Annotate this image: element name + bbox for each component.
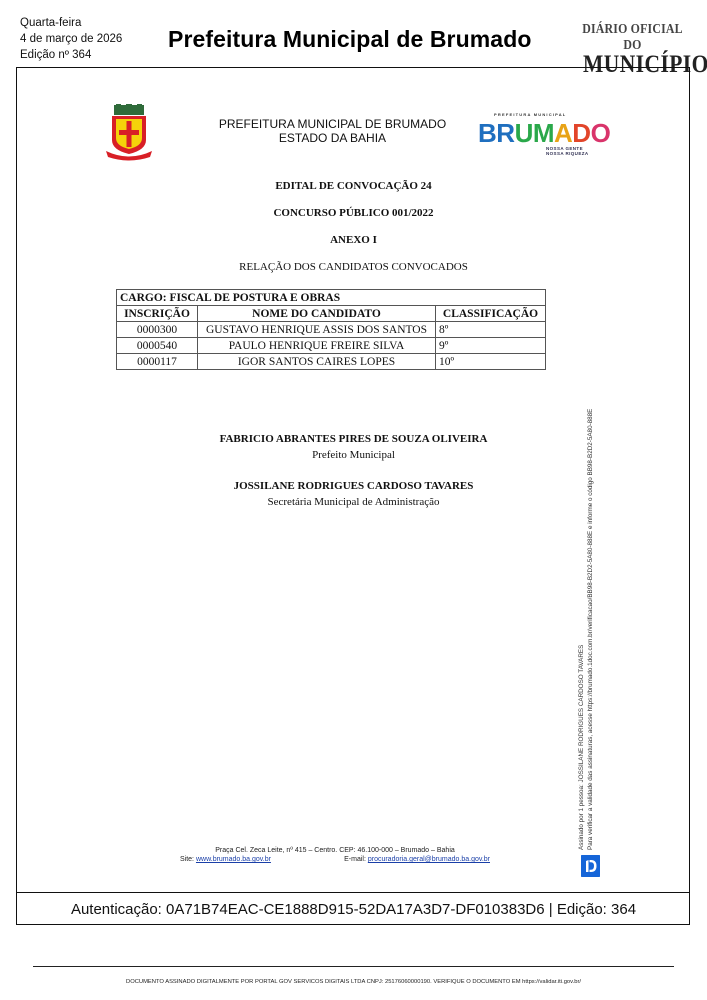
inscricao-cell: 0000117 [117,354,198,370]
signatory-role: Secretária Municipal de Administração [0,496,707,508]
brumado-logo-letter: D [572,118,590,148]
classificacao-cell: 9º [436,338,546,354]
signatory-name: FABRICIO ABRANTES PIRES DE SOUZA OLIVEIR… [0,433,707,445]
relacao-title: RELAÇÃO DOS CANDIDATOS CONVOCADOS [0,261,707,273]
edition-meta: Quarta-feira 4 de março de 2026 Edição n… [20,15,122,63]
table-row: 0000540 PAULO HENRIQUE FREIRE SILVA 9º [117,338,546,354]
brand-line-1: DIÁRIO OFICIAL DO [582,21,683,53]
brumado-logo-tagline: NOSSA GENTE NOSSA RIQUEZA [546,146,589,156]
brumado-logo-letter: U [515,118,533,148]
edition-date: 4 de março de 2026 [20,31,122,47]
candidates-table: CARGO: FISCAL DE POSTURA E OBRAS INSCRIÇ… [116,289,546,370]
authentication-code: Autenticação: 0A71B74EAC-CE1888D915-52DA… [0,901,707,918]
nome-cell: PAULO HENRIQUE FREIRE SILVA [198,338,436,354]
brumado-logo-letter: M [533,118,554,148]
edition-number: Edição nº 364 [20,47,122,63]
edital-title: EDITAL DE CONVOCAÇÃO 24 [0,180,707,192]
footer-address-block: Praça Cel. Zeca Leite, nº 415 – Centro. … [170,846,500,864]
brumado-logo-letter: A [554,118,572,148]
digital-signature-note: DOCUMENTO ASSINADO DIGITALMENTE POR PORT… [0,979,707,985]
concurso-title: CONCURSO PÚBLICO 001/2022 [0,207,707,219]
table-row: 0000300 GUSTAVO HENRIQUE ASSIS DOS SANTO… [117,322,546,338]
cargo-row: CARGO: FISCAL DE POSTURA E OBRAS [117,290,546,306]
nome-cell: IGOR SANTOS CAIRES LOPES [198,354,436,370]
column-header: CLASSIFICAÇÃO [436,306,546,322]
brumado-logo: PREFEITURA MUNICIPAL BRUMADO NOSSA GENTE… [476,112,596,162]
brumado-logo-letter: B [478,118,496,148]
brumado-logo-wordmark: BRUMADO [478,118,610,149]
coat-of-arms-icon [104,104,154,162]
edition-weekday: Quarta-feira [20,15,122,31]
nome-cell: GUSTAVO HENRIQUE ASSIS DOS SANTOS [198,322,436,338]
onedoc-logo-icon [581,855,600,877]
footer-email: E-mail: procuradoria.geral@brumado.ba.go… [344,855,490,864]
cargo-label: CARGO: FISCAL DE POSTURA E OBRAS [117,290,546,306]
signatory-role: Prefeito Municipal [0,449,707,461]
brumado-logo-letter: O [591,118,611,148]
letterhead: PREFEITURA MUNICIPAL DE BRUMADO ESTADO D… [190,117,475,145]
frame-divider [17,892,689,893]
column-header: INSCRIÇÃO [117,306,198,322]
signature-verify-link[interactable]: Para verificar a validade das assinatura… [586,600,595,850]
brumado-logo-letter: R [496,118,514,148]
signature-verification: Assinado por 1 pessoa: JOSSILANE RODRIGU… [577,600,595,850]
inscricao-cell: 0000300 [117,322,198,338]
classificacao-cell: 10º [436,354,546,370]
column-header: NOME DO CANDIDATO [198,306,436,322]
bottom-divider [33,966,674,967]
page-title: Prefeitura Municipal de Brumado [168,26,532,53]
footer-address: Praça Cel. Zeca Leite, nº 415 – Centro. … [170,846,500,855]
table-row: 0000117 IGOR SANTOS CAIRES LOPES 10º [117,354,546,370]
letterhead-line-2: ESTADO DA BAHIA [190,131,475,145]
footer-site: Site: www.brumado.ba.gov.br [180,855,271,864]
anexo-title: ANEXO I [0,234,707,246]
email-link[interactable]: procuradoria.geral@brumado.ba.gov.br [368,856,490,863]
letterhead-line-1: PREFEITURA MUNICIPAL DE BRUMADO [190,117,475,131]
table-header-row: INSCRIÇÃO NOME DO CANDIDATO CLASSIFICAÇÃ… [117,306,546,322]
signature-signed-by: Assinado por 1 pessoa: JOSSILANE RODRIGU… [577,600,586,850]
site-link[interactable]: www.brumado.ba.gov.br [196,856,271,863]
signatory-name: JOSSILANE RODRIGUES CARDOSO TAVARES [0,480,707,492]
classificacao-cell: 8º [436,322,546,338]
inscricao-cell: 0000540 [117,338,198,354]
brumado-logo-caption: PREFEITURA MUNICIPAL [494,112,566,117]
